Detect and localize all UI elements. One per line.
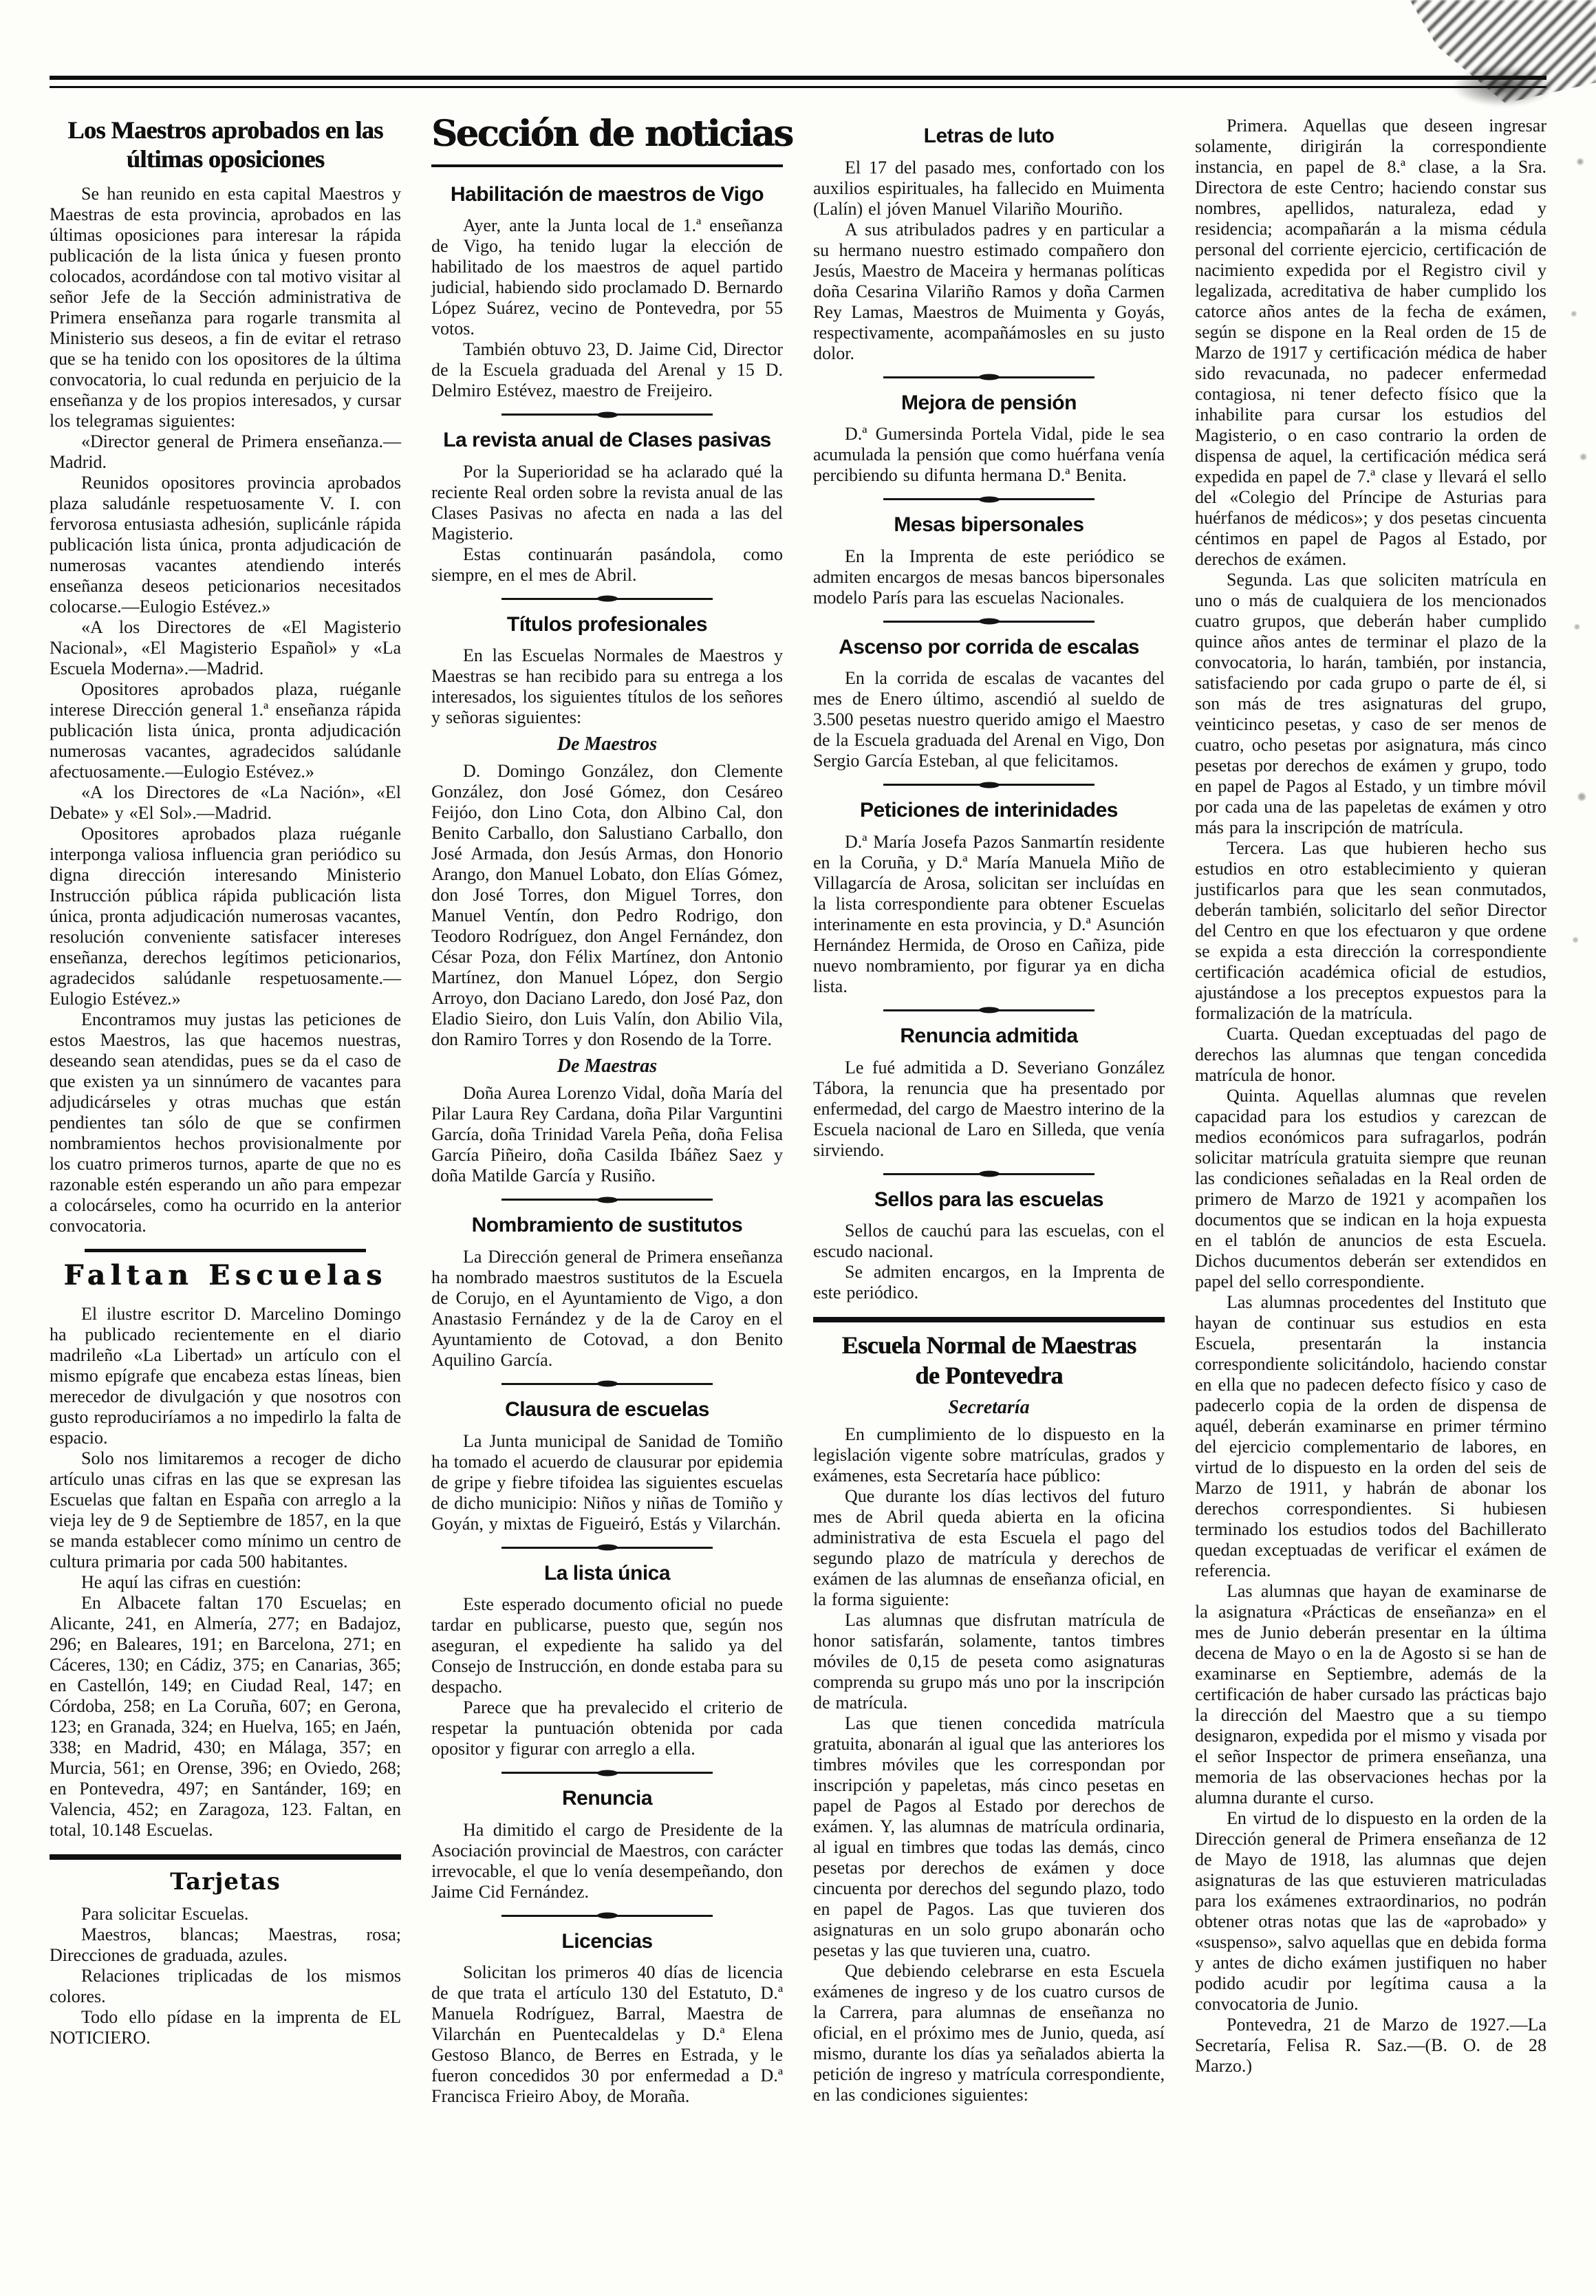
paragraph: Se admiten encargos, en la Imprenta de e… <box>813 1262 1165 1303</box>
paragraph: Las alumnas procedentes del Instituto qu… <box>1195 1292 1546 1581</box>
paragraph: Opositores aprobados plaza ruéganle inte… <box>50 824 401 1009</box>
article-title: Tarjetas <box>50 1868 401 1896</box>
paragraph: Maestros, blancas; Maestras, rosa; Direc… <box>50 1924 401 1966</box>
section-divider <box>883 621 1094 623</box>
paragraph: A sus atribulados padres y en particular… <box>813 219 1165 364</box>
newspaper-page: Los Maestros aprobados en las últimas op… <box>0 0 1596 2296</box>
article-title: Escuela Normal de Maestras de Pontevedra <box>813 1331 1165 1391</box>
paragraph: Ayer, ante la Junta local de 1.ª enseñan… <box>431 215 783 339</box>
article-title: Faltan Escuelas <box>50 1259 401 1291</box>
paragraph: También obtuvo 23, D. Jaime Cid, Directo… <box>431 339 783 401</box>
section-heading: Habilitación de maestros de Vigo <box>431 182 783 208</box>
paragraph: D.ª Gumersinda Portela Vidal, pide le se… <box>813 424 1165 486</box>
paragraph: He aquí las cifras en cuestión: <box>50 1572 401 1593</box>
paragraph: La Junta municipal de Sanidad de Tomiño … <box>431 1431 783 1534</box>
section-heading: Peticiones de interinidades <box>813 798 1165 824</box>
paragraph: Las que tienen concedida matrícula gratu… <box>813 1713 1165 1961</box>
separator-rule <box>50 1854 401 1860</box>
paragraph: Quinta. Aquellas alumnas que revelen cap… <box>1195 1086 1546 1292</box>
paragraph: Ha dimitido el cargo de Presidente de la… <box>431 1820 783 1902</box>
page-top-double-rule <box>50 76 1546 88</box>
paragraph: Encontramos muy justas las peticiones de… <box>50 1009 401 1236</box>
column-4: Primera. Aquellas que deseen ingresar so… <box>1195 116 1546 2077</box>
section-heading: Nombramiento de sustitutos <box>431 1213 783 1238</box>
paragraph: Este esperado documento oficial no puede… <box>431 1594 783 1697</box>
paragraph: Doña Aurea Lorenzo Vidal, doña María del… <box>431 1083 783 1186</box>
section-heading: Sellos para las escuelas <box>813 1188 1165 1213</box>
paragraph: «A los Directores de «La Nación», «El De… <box>50 782 401 824</box>
paragraph: En la Imprenta de este periódico se admi… <box>813 546 1165 608</box>
paragraph: En las Escuelas Normales de Maestros y M… <box>431 645 783 728</box>
section-divider <box>883 1009 1094 1011</box>
section-heading: Renuncia <box>431 1786 783 1812</box>
paragraph: Tercera. Las que hubieren hecho sus estu… <box>1195 838 1546 1024</box>
paragraph: Solicitan los primeros 40 días de licenc… <box>431 1962 783 2107</box>
paragraph: Las alumnas que hayan de examinarse de l… <box>1195 1581 1546 1808</box>
paragraph: Estas continuarán pasándola, como siempr… <box>431 544 783 586</box>
paragraph: Todo ello pídase en la imprenta de EL NO… <box>50 2007 401 2048</box>
section-divider <box>883 784 1094 786</box>
section-heading: Letras de luto <box>813 124 1165 149</box>
paragraph: En virtud de lo dispuesto en la orden de… <box>1195 1808 1546 2015</box>
paragraph: El ilustre escritor D. Marcelino Domingo… <box>50 1304 401 1448</box>
section-divider <box>502 1547 713 1549</box>
paragraph: «Director general de Primera enseñanza.—… <box>50 431 401 473</box>
paragraph: Opositores aprobados plaza, ruéganle int… <box>50 679 401 782</box>
section-divider <box>883 498 1094 500</box>
paragraph: «A los Directores de «El Magisterio Naci… <box>50 617 401 679</box>
column-1: Los Maestros aprobados en las últimas op… <box>50 116 401 2048</box>
paragraph: Primera. Aquellas que deseen ingresar so… <box>1195 116 1546 570</box>
article-title: Los Maestros aprobados en las últimas op… <box>50 116 401 174</box>
article-title: Sección de noticias <box>431 116 783 167</box>
paragraph: Para solicitar Escuelas. <box>50 1904 401 1924</box>
section-heading: Clausura de escuelas <box>431 1397 783 1423</box>
section-heading: Mesas bipersonales <box>813 513 1165 538</box>
column-3: Letras de lutoEl 17 del pasado mes, conf… <box>813 116 1165 2105</box>
paragraph: En Albacete faltan 170 Escuelas; en Alic… <box>50 1593 401 1841</box>
paragraph: D. Domingo González, don Clemente Gonzál… <box>431 761 783 1050</box>
separator-rule <box>85 1249 366 1252</box>
paragraph: En la corrida de escalas de vacantes del… <box>813 668 1165 771</box>
paragraph: Las alumnas que disfrutan matrícula de h… <box>813 1610 1165 1713</box>
paragraph: Parece que ha prevalecido el criterio de… <box>431 1697 783 1759</box>
section-divider <box>502 1915 713 1917</box>
section-heading: La revista anual de Clases pasivas <box>431 428 783 453</box>
column-2: Sección de noticiasHabilitación de maest… <box>431 116 783 2107</box>
separator-rule <box>813 1317 1165 1322</box>
paragraph: Solo nos limitaremos a recoger de dicho … <box>50 1448 401 1572</box>
paragraph: En cumplimiento de lo dispuesto en la le… <box>813 1424 1165 1486</box>
paragraph: Que debiendo celebrarse en esta Escuela … <box>813 1961 1165 2105</box>
paragraph: El 17 del pasado mes, confortado con los… <box>813 158 1165 219</box>
paragraph: Que durante los días lectivos del futuro… <box>813 1486 1165 1610</box>
paragraph: Se han reunido en esta capital Maestros … <box>50 184 401 431</box>
section-divider <box>502 1772 713 1774</box>
cross-heading: Secretaría <box>813 1397 1165 1419</box>
paragraph: Le fué admitida a D. Severiano González … <box>813 1058 1165 1161</box>
scan-speckle <box>1564 117 1596 1011</box>
paragraph: Reunidos opositores provincia aprobados … <box>50 473 401 617</box>
cross-heading: De Maestros <box>431 733 783 755</box>
paragraph: Relaciones triplicadas de los mismos col… <box>50 1966 401 2007</box>
paragraph: Por la Superioridad se ha aclarado qué l… <box>431 462 783 544</box>
paragraph: Cuarta. Quedan exceptuadas del pago de d… <box>1195 1024 1546 1086</box>
paragraph: Sellos de cauchú para las escuelas, con … <box>813 1221 1165 1262</box>
columns-container: Los Maestros aprobados en las últimas op… <box>50 116 1546 2107</box>
section-divider <box>502 1383 713 1385</box>
section-divider <box>883 1173 1094 1175</box>
paragraph: Pontevedra, 21 de Marzo de 1927.—La Secr… <box>1195 2015 1546 2077</box>
section-heading: Ascenso por corrida de escalas <box>813 635 1165 661</box>
section-heading: Renuncia admitida <box>813 1024 1165 1049</box>
section-heading: Títulos profesionales <box>431 612 783 638</box>
section-divider <box>502 598 713 600</box>
section-divider <box>502 1199 713 1201</box>
paragraph: D.ª María Josefa Pazos Sanmartín residen… <box>813 832 1165 997</box>
paragraph: La Dirección general de Primera enseñanz… <box>431 1247 783 1371</box>
section-divider <box>883 376 1094 378</box>
section-heading: Mejora de pensión <box>813 391 1165 416</box>
section-heading: Licencias <box>431 1929 783 1955</box>
paragraph: Segunda. Las que soliciten matrícula en … <box>1195 570 1546 838</box>
section-heading: La lista única <box>431 1561 783 1587</box>
section-divider <box>502 414 713 416</box>
cross-heading: De Maestras <box>431 1055 783 1077</box>
